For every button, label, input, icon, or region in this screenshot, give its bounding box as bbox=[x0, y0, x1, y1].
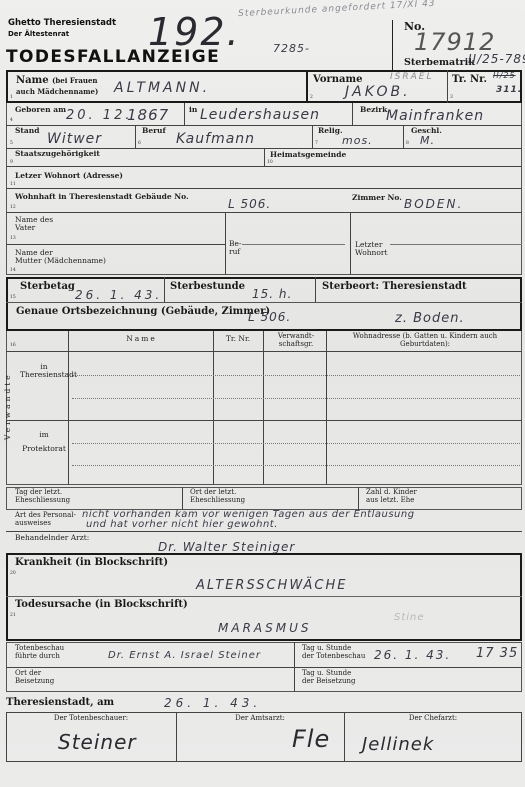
signature-label-amtsarzt: Der Amtsarzt: bbox=[176, 715, 344, 723]
field-number: 4 bbox=[10, 118, 13, 123]
row-line bbox=[390, 244, 522, 245]
signature-totenbeschauer: Steiner bbox=[58, 730, 137, 754]
divider bbox=[352, 103, 353, 125]
in-label: in bbox=[189, 106, 197, 114]
row-line bbox=[6, 531, 522, 532]
place-date-label: Theresienstadt, am bbox=[6, 697, 114, 708]
sterbestunde-label: Sterbestunde bbox=[170, 281, 245, 292]
geboren-label: Geboren am bbox=[15, 106, 66, 114]
trnr-struck: II/25 bbox=[493, 71, 516, 80]
death-notice-form: Ghetto Theresienstadt Der Ältestenrat TO… bbox=[0, 0, 525, 787]
totenbeschau-label: Totenbeschauführte durch bbox=[15, 645, 64, 660]
geboren-date[interactable]: 20. 12. bbox=[66, 108, 132, 123]
divider bbox=[135, 125, 136, 148]
krankheit-value[interactable]: ALTERSSCHWÄCHE bbox=[196, 578, 348, 593]
sterbestunde-value[interactable]: 15. h. bbox=[252, 287, 292, 301]
row-line bbox=[6, 351, 522, 352]
entry-line bbox=[72, 375, 520, 376]
trnr-value[interactable]: 311. bbox=[496, 85, 522, 95]
vorname-value[interactable]: JAKOB. bbox=[345, 84, 411, 100]
eltern-wohnort-label: LetzterWohnort bbox=[355, 241, 388, 258]
field-number: 14 bbox=[10, 268, 16, 273]
row-line bbox=[6, 244, 225, 245]
stand-value[interactable]: Witwer bbox=[47, 131, 102, 147]
relig-value[interactable]: mos. bbox=[342, 134, 373, 147]
zimmer-value[interactable]: BODEN. bbox=[404, 197, 463, 211]
relig-label: Relig. bbox=[318, 127, 343, 135]
group-theresienstadt: in Theresienstadt bbox=[20, 363, 68, 380]
beisetzung-time-label: Tag u. Stundeder Beisetzung bbox=[302, 670, 355, 685]
divider bbox=[184, 103, 185, 125]
row-line bbox=[6, 667, 522, 668]
row-line bbox=[6, 596, 522, 597]
wohnhaft-value[interactable]: L 506. bbox=[228, 197, 271, 211]
totenbeschau-time[interactable]: 17 35 bbox=[476, 646, 518, 661]
beruf-label: Beruf bbox=[142, 127, 166, 135]
field-number: 9 bbox=[10, 160, 13, 165]
name-label-sub: auch Mädchenname) bbox=[16, 88, 98, 96]
header-divider bbox=[392, 20, 393, 70]
note-number: 7285- bbox=[273, 42, 310, 55]
org-council: Der Ältestenrat bbox=[8, 30, 69, 38]
bezirk-value[interactable]: Mainfranken bbox=[386, 108, 484, 124]
divider bbox=[68, 331, 69, 485]
col-name: Name bbox=[70, 335, 213, 343]
in-value[interactable]: Leudershausen bbox=[200, 107, 320, 123]
field-number: 13 bbox=[10, 236, 16, 241]
field-number: 7 bbox=[315, 141, 318, 146]
divider bbox=[350, 212, 351, 275]
field-number: 10 bbox=[267, 160, 273, 165]
divider bbox=[263, 331, 264, 485]
marriage-place-label: Ort der letzt.Eheschliessung bbox=[190, 489, 245, 504]
ortsbezeichnung-building[interactable]: L 506. bbox=[248, 310, 291, 324]
org-name: Ghetto Theresienstadt bbox=[8, 18, 116, 28]
verwandte-side-label: Verwandte bbox=[4, 372, 12, 440]
group-protektorat: im Protektorat bbox=[20, 428, 68, 457]
field-number: 16 bbox=[10, 343, 16, 348]
krankheit-label: Krankheit (in Blockschrift) bbox=[15, 557, 168, 568]
bezirk-label: Bezirk bbox=[360, 106, 387, 114]
totenbeschau-date[interactable]: 26. 1. 43. bbox=[374, 648, 451, 662]
wohnhaft-label: Wohnhaft in Theresienstadt Gebäude No. bbox=[15, 193, 189, 201]
divider bbox=[315, 277, 316, 302]
children-label: Zahl d. Kinderaus letzt. Ehe bbox=[366, 489, 417, 504]
trnr-label: Tr. Nr. bbox=[452, 74, 487, 85]
entry-line bbox=[72, 443, 520, 444]
mutter-label: Name derMutter (Mädchenname) bbox=[15, 249, 106, 266]
field-number: 1 bbox=[10, 95, 13, 100]
divider bbox=[326, 331, 327, 485]
name-label: Name (bei Frauen bbox=[16, 75, 98, 86]
signature-chefarzt: Jellinek bbox=[362, 734, 434, 755]
handwritten-number: 192. bbox=[148, 10, 241, 54]
field-number: 2 bbox=[310, 95, 313, 100]
sterbeort-label: Sterbeort: Theresienstadt bbox=[322, 281, 467, 292]
row-line bbox=[6, 302, 522, 303]
sterbematrik-value: II/25-789 bbox=[468, 52, 525, 66]
marriage-date-label: Tag der letzt.Eheschliessung bbox=[15, 489, 70, 504]
place-date-value[interactable]: 26. 1. 43. bbox=[164, 696, 261, 710]
vorname-extra: ISRAEL bbox=[390, 72, 433, 82]
col-verwandtschaft: Verwandt-schaftsgr. bbox=[268, 333, 324, 348]
field-number: 20 bbox=[10, 571, 16, 576]
field-number: 6 bbox=[138, 141, 141, 146]
letzter-wohnort-label: Letzer Wohnort (Adresse) bbox=[15, 172, 123, 180]
row-line bbox=[6, 166, 522, 167]
field-number: 21 bbox=[10, 613, 16, 618]
divider bbox=[164, 277, 165, 302]
sterbetag-value[interactable]: 26. 1. 43. bbox=[75, 288, 162, 302]
name-value[interactable]: ALTMANN. bbox=[114, 80, 210, 96]
col-trnr: Tr. Nr. bbox=[213, 335, 263, 343]
staatszugehoerigkeit-label: Staatszugehörigkeit bbox=[15, 150, 100, 158]
vater-label: Name desVater bbox=[15, 216, 53, 233]
beisetzung-label: Ort derBeisetzung bbox=[15, 670, 54, 685]
entry-line bbox=[72, 398, 520, 399]
divider bbox=[358, 487, 359, 510]
ortsbezeichnung-label: Genaue Ortsbezeichnung (Gebäude, Zimmer) bbox=[16, 306, 270, 317]
beruf-value[interactable]: Kaufmann bbox=[176, 131, 255, 147]
zimmer-label: Zimmer No. bbox=[352, 194, 402, 202]
arzt-label: Behandelnder Arzt: bbox=[15, 534, 89, 542]
todesursache-value[interactable]: MARASMUS bbox=[218, 621, 311, 635]
totenbeschau-time-label: Tag u. Stundeder Totenbeschau bbox=[302, 645, 365, 660]
eltern-beruf-label: Be-ruf bbox=[229, 240, 241, 257]
sterbetag-label: Sterbetag bbox=[20, 281, 75, 292]
row-line bbox=[6, 188, 522, 189]
field-number: 3 bbox=[450, 95, 453, 100]
signature-label-totenbeschauer: Der Totenbeschauer: bbox=[6, 715, 176, 723]
divider bbox=[213, 331, 214, 485]
divider bbox=[264, 148, 265, 166]
row-line bbox=[6, 212, 522, 213]
ausweis-value-2[interactable]: und hat vorher nicht hier gewohnt. bbox=[86, 519, 278, 530]
row-line bbox=[6, 420, 522, 421]
row-line bbox=[242, 244, 345, 245]
divider bbox=[403, 125, 404, 148]
row-line bbox=[6, 125, 522, 126]
divider bbox=[312, 125, 313, 148]
ortsbezeichnung-room[interactable]: z. Boden. bbox=[395, 311, 465, 326]
relatives-table bbox=[6, 331, 522, 485]
geschl-value[interactable]: M. bbox=[420, 134, 435, 147]
field-number: 5 bbox=[10, 141, 13, 146]
signature-amtsarzt: Fle bbox=[292, 725, 330, 753]
divider bbox=[225, 212, 226, 275]
totenbeschau-value[interactable]: Dr. Ernst A. Israel Steiner bbox=[108, 650, 261, 661]
divider bbox=[182, 487, 183, 510]
geboren-year[interactable]: 1867 bbox=[127, 106, 169, 124]
field-number: 8 bbox=[406, 141, 409, 146]
faint-note: Sterbeurkunde angefordert 17/XI 43 bbox=[238, 0, 436, 19]
marriage-row bbox=[6, 487, 522, 510]
todesursache-label: Todesursache (in Blockschrift) bbox=[15, 599, 188, 610]
field-number: 15 bbox=[10, 295, 16, 300]
divider bbox=[294, 642, 295, 692]
entry-line bbox=[72, 465, 520, 466]
sterbematrik-label: Sterbematrik bbox=[404, 57, 475, 68]
signature-label-chefarzt: Der Chefarzt: bbox=[344, 715, 522, 723]
faint-mark: Stine bbox=[394, 612, 425, 623]
field-number: 12 bbox=[10, 205, 16, 210]
divider bbox=[306, 70, 308, 103]
arzt-value[interactable]: Dr. Walter Steiniger bbox=[158, 540, 295, 554]
stand-label: Stand bbox=[15, 127, 39, 135]
field-number: 11 bbox=[10, 182, 16, 187]
heimatsgemeinde-label: Heimatsgemeinde bbox=[270, 151, 346, 159]
divider bbox=[447, 70, 448, 103]
col-wohnadresse: Wohnadresse (b. Gatten u. Kindern auch G… bbox=[332, 333, 518, 348]
ausweis-label: Art des Personal-ausweises bbox=[15, 512, 76, 527]
